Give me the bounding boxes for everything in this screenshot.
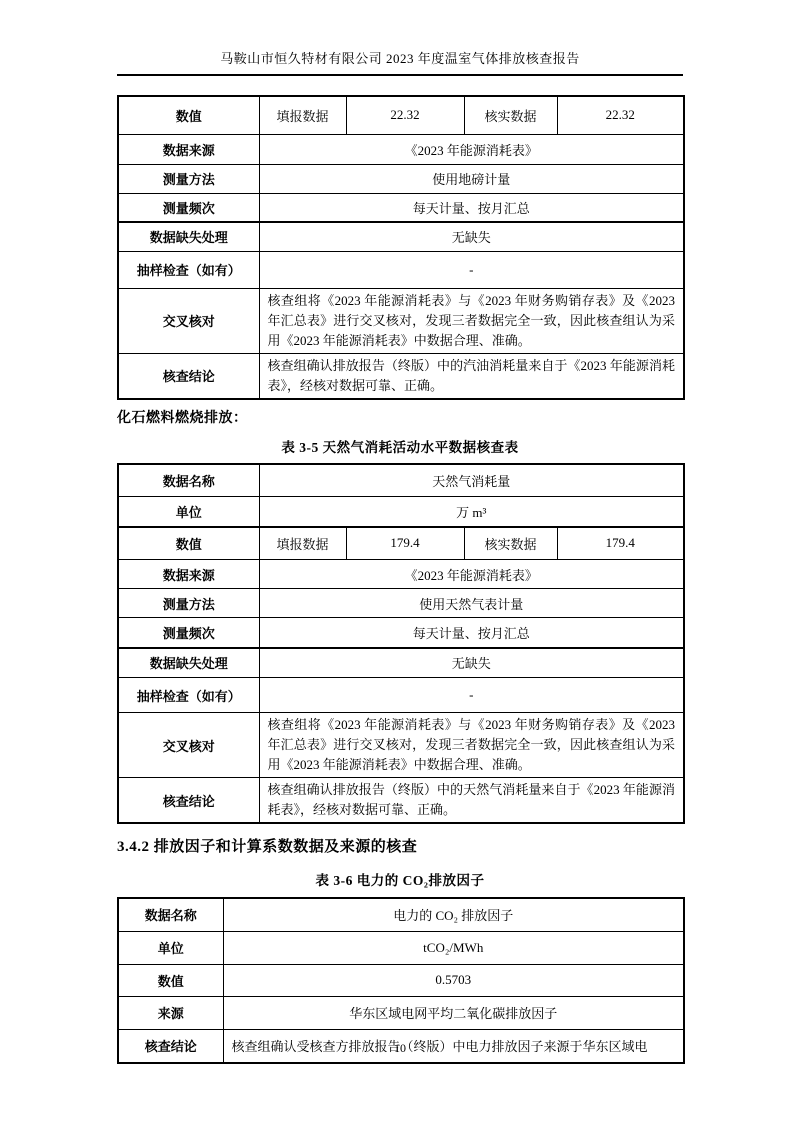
row-value: - [259, 678, 684, 713]
reported-data-value: 22.32 [346, 96, 464, 134]
row-value: 0.5703 [223, 964, 684, 996]
row-label: 数据名称 [118, 898, 223, 931]
table-row: 数据来源 《2023 年能源消耗表》 [118, 134, 684, 164]
row-label: 核查结论 [118, 353, 259, 399]
table-row: 数据名称 天然气消耗量 [118, 464, 684, 497]
row-value: 核查组确认排放报告（终版）中的天然气消耗量来自于《2023 年能源消耗表》，经核… [259, 778, 684, 824]
table-row: 抽样检查（如有） - [118, 251, 684, 288]
row-label: 数据来源 [118, 134, 259, 164]
verified-data-label: 核实数据 [464, 96, 557, 134]
table-3-6-title: 表 3-6 电力的 CO₂排放因子 [117, 869, 683, 889]
row-value: 《2023 年能源消耗表》 [259, 560, 684, 589]
section-3-4-2-heading: 3.4.2 排放因子和计算系数数据及来源的核查 [117, 835, 683, 856]
row-label: 交叉核对 [118, 288, 259, 353]
row-label: 数值 [118, 96, 259, 134]
table-row: 核查结论 核查组确认排放报告（终版）中的天然气消耗量来自于《2023 年能源消耗… [118, 778, 684, 824]
table-row: 数据名称 电力的 CO₂ 排放因子 [118, 898, 684, 931]
row-label: 测量方法 [118, 164, 259, 193]
page-number: 10 [0, 1041, 800, 1056]
row-label: 数据名称 [118, 464, 259, 497]
row-value: 《2023 年能源消耗表》 [259, 134, 684, 164]
table-row: 数据缺失处理 无缺失 [118, 648, 684, 678]
row-value: 核查组确认排放报告（终版）中的汽油消耗量来自于《2023 年能源消耗表》，经核对… [259, 353, 684, 399]
row-value: 每天计量、按月汇总 [259, 193, 684, 222]
table-row: 数据来源 《2023 年能源消耗表》 [118, 560, 684, 589]
table-row: 数值 0.5703 [118, 964, 684, 996]
row-label: 数据缺失处理 [118, 222, 259, 251]
reported-data-label: 填报数据 [259, 527, 346, 560]
row-label: 数值 [118, 964, 223, 996]
table-row: 数据缺失处理 无缺失 [118, 222, 684, 251]
table-row: 测量方法 使用天然气表计量 [118, 589, 684, 618]
table-row: 数值 填报数据 22.32 核实数据 22.32 [118, 96, 684, 134]
row-value: tCO₂/MWh [223, 931, 684, 964]
gasoline-verification-table: 数值 填报数据 22.32 核实数据 22.32 数据来源 《2023 年能源消… [117, 95, 685, 400]
row-value: 使用天然气表计量 [259, 589, 684, 618]
row-value: 华东区域电网平均二氧化碳排放因子 [223, 996, 684, 1029]
row-value: 每天计量、按月汇总 [259, 618, 684, 648]
table-row: 来源 华东区域电网平均二氧化碳排放因子 [118, 996, 684, 1029]
table-row: 核查结论 核查组确认排放报告（终版）中的汽油消耗量来自于《2023 年能源消耗表… [118, 353, 684, 399]
page-header: 马鞍山市恒久特材有限公司 2023 年度温室气体排放核查报告 [117, 0, 683, 76]
verified-data-label: 核实数据 [464, 527, 557, 560]
row-label: 数据缺失处理 [118, 648, 259, 678]
table-row: 测量方法 使用地磅计量 [118, 164, 684, 193]
verified-data-value: 22.32 [557, 96, 684, 134]
row-value: 使用地磅计量 [259, 164, 684, 193]
fossil-fuel-heading: 化石燃料燃烧排放： [117, 407, 683, 427]
row-value: 万 m³ [259, 497, 684, 527]
row-label: 来源 [118, 996, 223, 1029]
row-label: 测量频次 [118, 193, 259, 222]
table-row: 单位 tCO₂/MWh [118, 931, 684, 964]
row-label: 单位 [118, 931, 223, 964]
row-value: 无缺失 [259, 222, 684, 251]
table-row: 测量频次 每天计量、按月汇总 [118, 193, 684, 222]
row-label: 交叉核对 [118, 713, 259, 778]
row-value: 天然气消耗量 [259, 464, 684, 497]
table-row: 单位 万 m³ [118, 497, 684, 527]
row-value: 无缺失 [259, 648, 684, 678]
row-value: 核查组将《2023 年能源消耗表》与《2023 年财务购销存表》及《2023 年… [259, 288, 684, 353]
report-title: 马鞍山市恒久特材有限公司 2023 年度温室气体排放核查报告 [117, 48, 683, 74]
document-page: 马鞍山市恒久特材有限公司 2023 年度温室气体排放核查报告 数值 填报数据 2… [0, 0, 800, 1131]
row-label: 核查结论 [118, 778, 259, 824]
row-label: 测量方法 [118, 589, 259, 618]
row-label: 抽样检查（如有） [118, 251, 259, 288]
table-row: 测量频次 每天计量、按月汇总 [118, 618, 684, 648]
row-label: 数据来源 [118, 560, 259, 589]
electricity-emission-factor-table: 数据名称 电力的 CO₂ 排放因子 单位 tCO₂/MWh 数值 0.5703 … [117, 897, 685, 1064]
row-label: 抽样检查（如有） [118, 678, 259, 713]
reported-data-value: 179.4 [346, 527, 464, 560]
row-value: 核查组将《2023 年能源消耗表》与《2023 年财务购销存表》及《2023 年… [259, 713, 684, 778]
table-row: 抽样检查（如有） - [118, 678, 684, 713]
row-label: 数值 [118, 527, 259, 560]
row-value: 电力的 CO₂ 排放因子 [223, 898, 684, 931]
verified-data-value: 179.4 [557, 527, 684, 560]
table-3-5-title: 表 3-5 天然气消耗活动水平数据核查表 [117, 436, 683, 456]
row-value: - [259, 251, 684, 288]
table-row: 数值 填报数据 179.4 核实数据 179.4 [118, 527, 684, 560]
row-label: 测量频次 [118, 618, 259, 648]
natural-gas-verification-table: 数据名称 天然气消耗量 单位 万 m³ 数值 填报数据 179.4 核实数据 1… [117, 463, 685, 825]
reported-data-label: 填报数据 [259, 96, 346, 134]
table-row: 交叉核对 核查组将《2023 年能源消耗表》与《2023 年财务购销存表》及《2… [118, 713, 684, 778]
table-row: 交叉核对 核查组将《2023 年能源消耗表》与《2023 年财务购销存表》及《2… [118, 288, 684, 353]
row-label: 单位 [118, 497, 259, 527]
